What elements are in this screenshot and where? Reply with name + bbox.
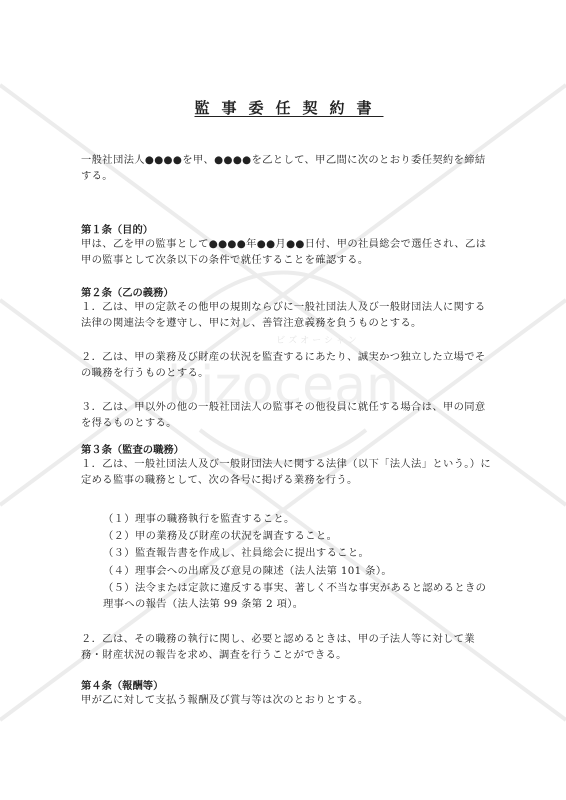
document-page: 監事委任契約書 一般社団法人●●●●を甲、●●●●を乙として、甲乙間に次のとおり…	[0, 0, 566, 800]
article-1-paragraph: 甲は、乙を甲の監事として●●●●年●●月●●日付、甲の社員総会で選任され、乙は甲…	[81, 237, 493, 268]
article-4-heading: 第４条（報酬等）	[81, 677, 163, 692]
duty-item-2: （２）甲の業務及び財産の状況を調査すること。	[103, 529, 493, 545]
article-2-paragraph-2: ２．乙は、甲の業務及び財産の状況を監査するにあたり、誠実かつ独立した立場でその職…	[81, 350, 493, 381]
preamble: 一般社団法人●●●●を甲、●●●●を乙として、甲乙間に次のとおり委任契約を締結す…	[81, 153, 493, 184]
article-2-paragraph-3: ３．乙は、甲以外の他の一般社団法人の監事その他役員に就任する場合は、甲の同意を得…	[81, 400, 493, 431]
article-2-paragraph-1: １．乙は、甲の定款その他甲の規則ならびに一般社団法人及び一般財団法人に関する法律…	[81, 300, 493, 331]
duty-item-5: （５）法令または定款に違反する事実、著しく不当な事実があると認めるときの理事への…	[103, 581, 493, 612]
duty-item-1: （１）理事の職務執行を監査すること。	[103, 512, 493, 528]
article-3-heading: 第３条（監査の職務）	[81, 441, 184, 456]
article-3-paragraph-2: ２．乙は、その職務の執行に関し、必要と認めるときは、甲の子法人等に対して業務・財…	[81, 632, 493, 663]
document-title: 監事委任契約書	[0, 97, 566, 118]
article-4-paragraph: 甲が乙に対して支払う報酬及び賞与等は次のとおりとする。	[81, 693, 493, 709]
article-3-paragraph-1: １．乙は、一般社団法人及び一般財団法人に関する法律（以下「法人法」という。）に定…	[81, 457, 493, 488]
article-1-heading: 第１条（目的）	[81, 221, 153, 236]
duty-item-4: （４）理事会への出席及び意見の陳述（法人法第 101 条）。	[103, 564, 493, 580]
duty-item-3: （３）監査報告書を作成し、社員総会に提出すること。	[103, 546, 493, 562]
article-2-heading: 第２条（乙の義務）	[81, 284, 174, 299]
